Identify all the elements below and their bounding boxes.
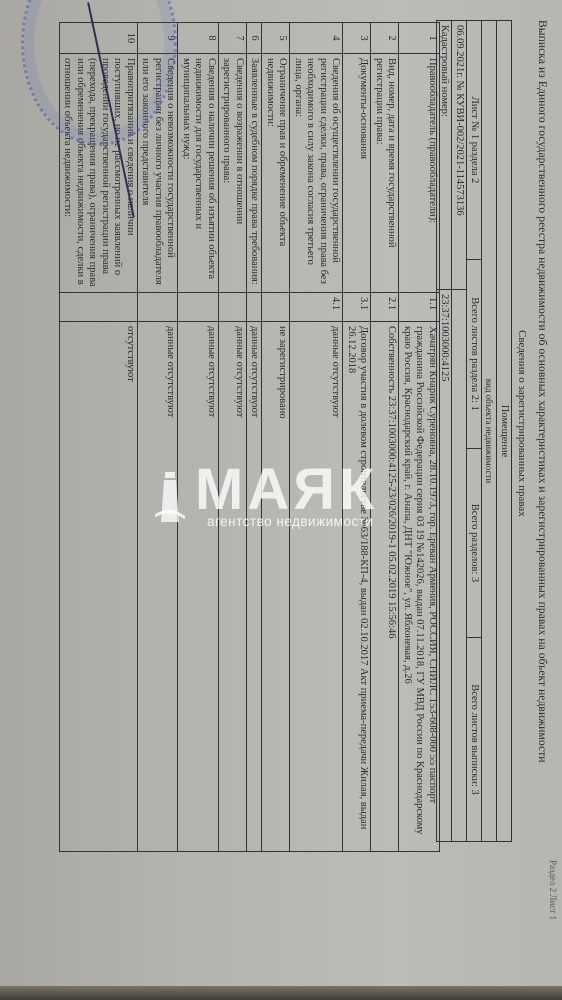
row-subnumber xyxy=(60,293,138,322)
document-title: Выписка из Единого государственного реес… xyxy=(536,20,548,763)
row-label: Правообладатель (правообладатели): xyxy=(399,54,440,293)
table-row: 6Заявленные в судебном порядке права тре… xyxy=(247,23,263,852)
sheets-in-section: Всего листов раздела 2: 1 xyxy=(467,260,481,449)
row-subnumber: 3.1 xyxy=(343,293,371,322)
row-subnumber: 4.1 xyxy=(290,293,343,322)
table-row: 10Правопритязания и сведения о наличии п… xyxy=(60,23,138,852)
rights-table: 1Правообладатель (правообладатели):1.1Ха… xyxy=(59,22,440,852)
row-value: данные отсутствуют xyxy=(178,322,219,852)
section-caption: Сведения о зарегистрированных правах xyxy=(516,330,528,517)
row-value: данные отсутствуют xyxy=(138,322,179,852)
row-label: Вид, номер, дата и время государственной… xyxy=(371,54,399,293)
floor-edge xyxy=(0,986,562,1000)
table-row: 5Ограничение прав и обременение объекта … xyxy=(262,23,290,852)
row-number: 5 xyxy=(262,23,290,54)
row-number: 7 xyxy=(219,23,247,54)
table-row: 3Документы-основания3.1Договор участия в… xyxy=(343,23,371,852)
row-label: Ограничение прав и обременение объекта н… xyxy=(262,54,290,293)
extract-page: Раздел 2 Лист 1 Выписка из Единого госуд… xyxy=(0,0,562,930)
row-label: Документы-основания xyxy=(343,54,371,293)
header-table: Помещение вид объекта недвижимости Лист … xyxy=(436,20,512,842)
row-number: 4 xyxy=(290,23,343,54)
table-row: 4Сведения об осуществлении государственн… xyxy=(290,23,343,852)
row-label: Сведения о наличии решения об изъятии об… xyxy=(178,54,219,293)
row-value: данные отсутствуют xyxy=(290,322,343,852)
row-label: Сведения о возражении в отношении зареги… xyxy=(219,54,247,293)
row-value: Хачатрян Кнарик Суреновна, 28.10.1973, г… xyxy=(399,322,440,852)
table-row: 1Правообладатель (правообладатели):1.1Ха… xyxy=(399,23,440,852)
row-label: Заявленные в судебном порядке права треб… xyxy=(247,54,263,293)
row-number: 3 xyxy=(343,23,371,54)
table-row: 2Вид, номер, дата и время государственно… xyxy=(371,23,399,852)
row-number: 2 xyxy=(371,23,399,54)
row-subnumber xyxy=(262,293,290,322)
row-number: 8 xyxy=(178,23,219,54)
row-number: 1 xyxy=(399,23,440,54)
row-subnumber xyxy=(138,293,179,322)
page-corner-label: Раздел 2 Лист 1 xyxy=(548,860,558,920)
row-subnumber: 2.1 xyxy=(371,293,399,322)
row-subnumber: 1.1 xyxy=(399,293,440,322)
row-number: 6 xyxy=(247,23,263,54)
table-row: 9Сведения о невозможности государственно… xyxy=(138,23,179,852)
table-row: 8Сведения о наличии решения об изъятии о… xyxy=(178,23,219,852)
row-subnumber xyxy=(219,293,247,322)
total-sections: Всего разделов: 3 xyxy=(467,449,481,638)
object-type-value: Помещение xyxy=(497,21,511,841)
date-and-number: 06.09.2021г. № КУВИ-002/2021-114573136 xyxy=(452,21,466,290)
row-value: отсутствуют xyxy=(60,322,138,852)
row-value: не зарегистрировано xyxy=(262,322,290,852)
row-value: данные отсутствуют xyxy=(219,322,247,852)
sheet-label: Лист № 1 раздела 2 xyxy=(467,21,481,260)
table-row: 7Сведения о возражении в отношении зарег… xyxy=(219,23,247,852)
row-value: данные отсутствуют xyxy=(247,322,263,852)
total-sheets: Всего листов выписки: 3 xyxy=(467,638,481,841)
row-subnumber xyxy=(247,293,263,322)
row-label: Сведения об осуществлении государственно… xyxy=(290,54,343,293)
row-subnumber xyxy=(178,293,219,322)
row-value: Собственность 23:37:1003000:4125-23/026/… xyxy=(371,322,399,852)
object-type-caption: вид объекта недвижимости xyxy=(482,21,496,841)
row-value: Договор участия в долевом строительстве … xyxy=(343,322,371,852)
